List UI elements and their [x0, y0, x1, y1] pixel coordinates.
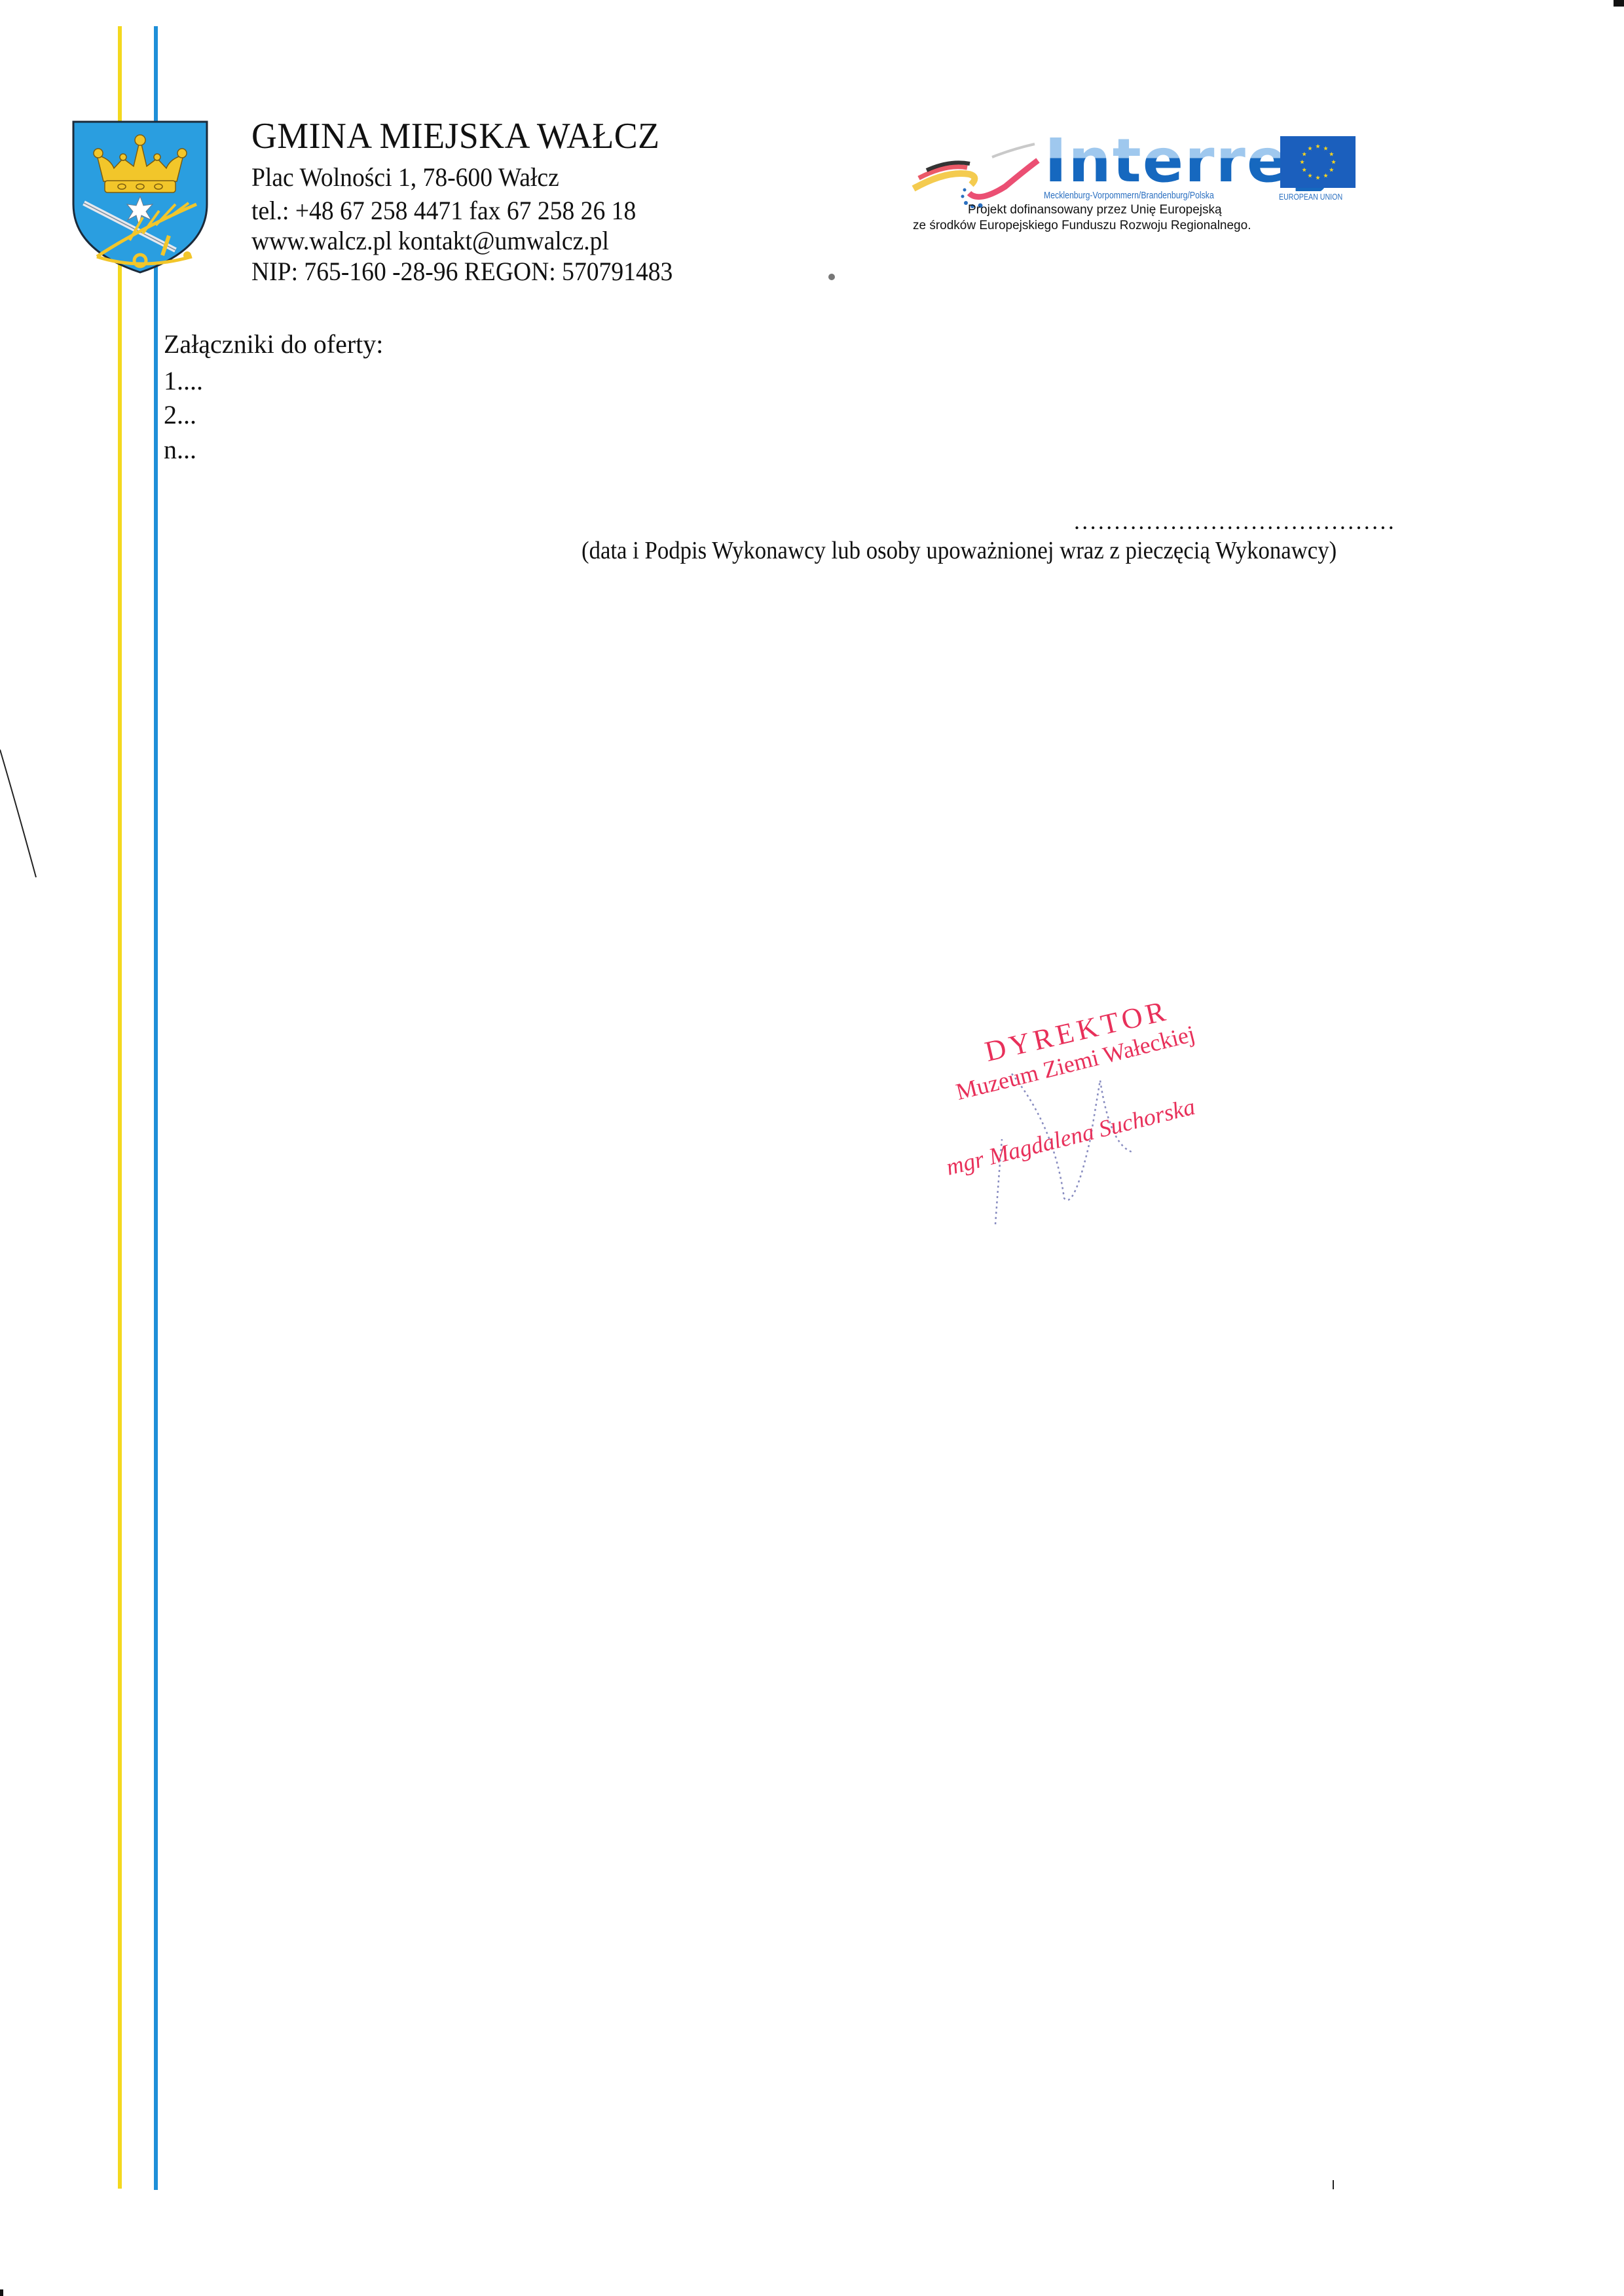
blue-brand-line	[154, 26, 158, 2190]
scan-artifact-curve	[0, 733, 39, 890]
organization-web-email: www.walcz.pl kontakt@umwalcz.pl	[251, 228, 609, 254]
funding-statement-line-1: Projekt dofinansowany przez Unię Europej…	[968, 203, 1222, 217]
organization-address: Plac Wolności 1, 78-600 Wałcz	[251, 164, 559, 191]
organization-name: GMINA MIEJSKA WAŁCZ	[251, 118, 659, 155]
attachment-item: n...	[164, 437, 196, 463]
attachment-item: 2...	[164, 402, 196, 428]
attachment-item: 1....	[164, 368, 203, 394]
scan-artifact-tick	[1333, 2180, 1334, 2189]
signature-dotted-line: ........................................	[1074, 509, 1396, 533]
signature-caption: (data i Podpis Wykonawcy lub osoby upowa…	[581, 538, 1337, 563]
organization-registry-numbers: NIP: 765-160 -28-96 REGON: 570791483	[251, 259, 673, 285]
scan-artifact-corner-mark	[1614, 0, 1624, 7]
interreg-region: Mecklenburg-Vorpommern/Brandenburg/Polsk…	[1044, 190, 1214, 201]
eu-label: EUROPEAN UNION	[1279, 192, 1342, 202]
scan-artifact-speck	[828, 274, 835, 280]
interreg-swoosh-icon	[907, 131, 1051, 210]
funding-statement-line-2: ze środków Europejskiego Funduszu Rozwoj…	[913, 219, 1251, 233]
attachments-title: Załączniki do oferty:	[164, 331, 383, 357]
eu-flag-icon	[1280, 136, 1356, 188]
scan-artifact-corner-mark	[0, 2289, 3, 2296]
yellow-brand-line	[118, 26, 122, 2189]
organization-phone-fax: tel.: +48 67 258 4471 fax 67 258 26 18	[251, 198, 636, 224]
walcz-coat-of-arms-icon	[71, 119, 210, 275]
